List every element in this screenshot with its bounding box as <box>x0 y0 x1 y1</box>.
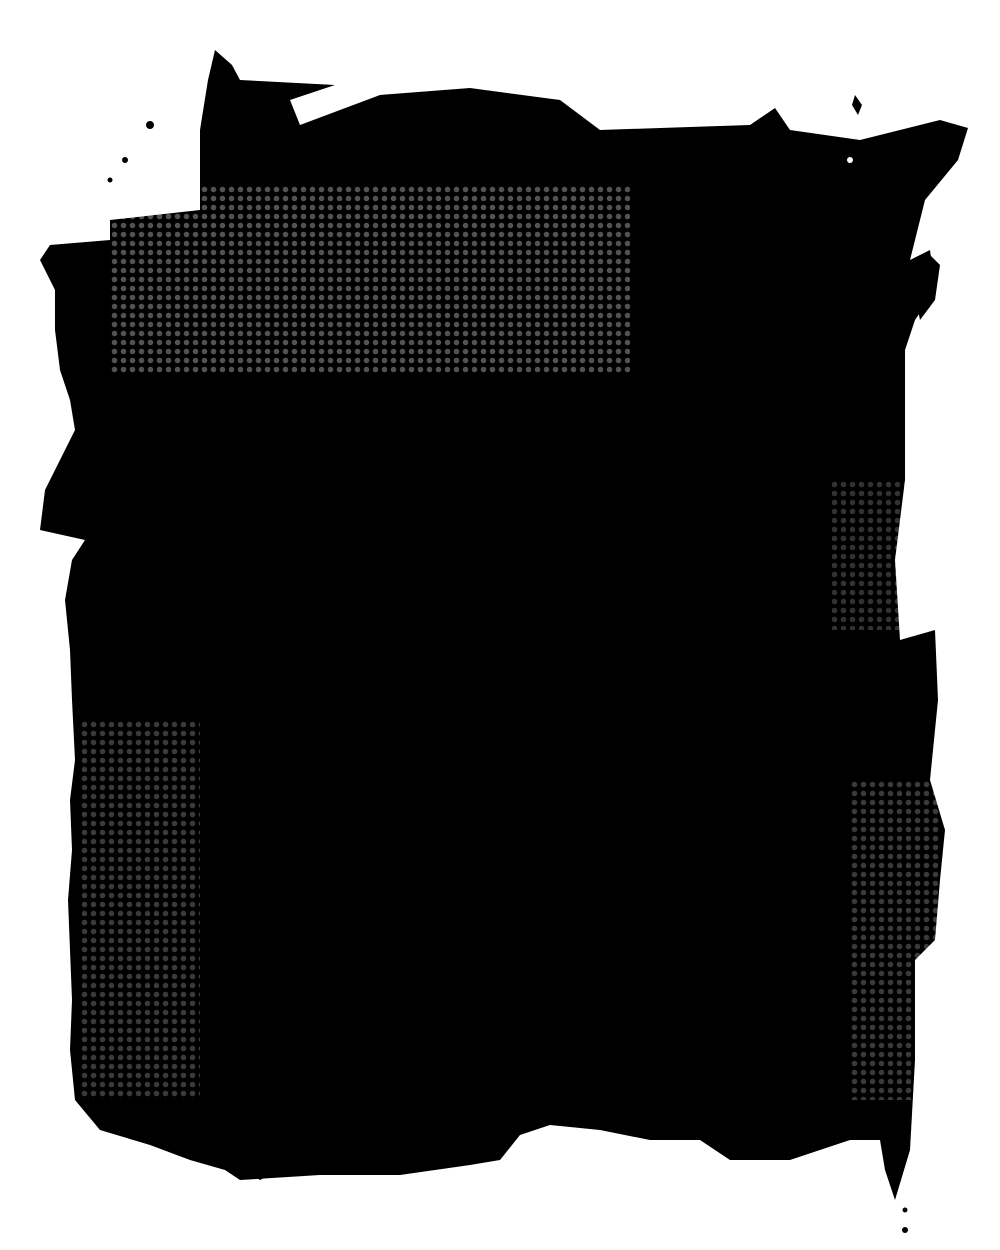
grunge-texture-canvas <box>0 0 1000 1250</box>
ink-shape <box>40 50 968 1200</box>
ink-blot <box>0 0 1000 1250</box>
